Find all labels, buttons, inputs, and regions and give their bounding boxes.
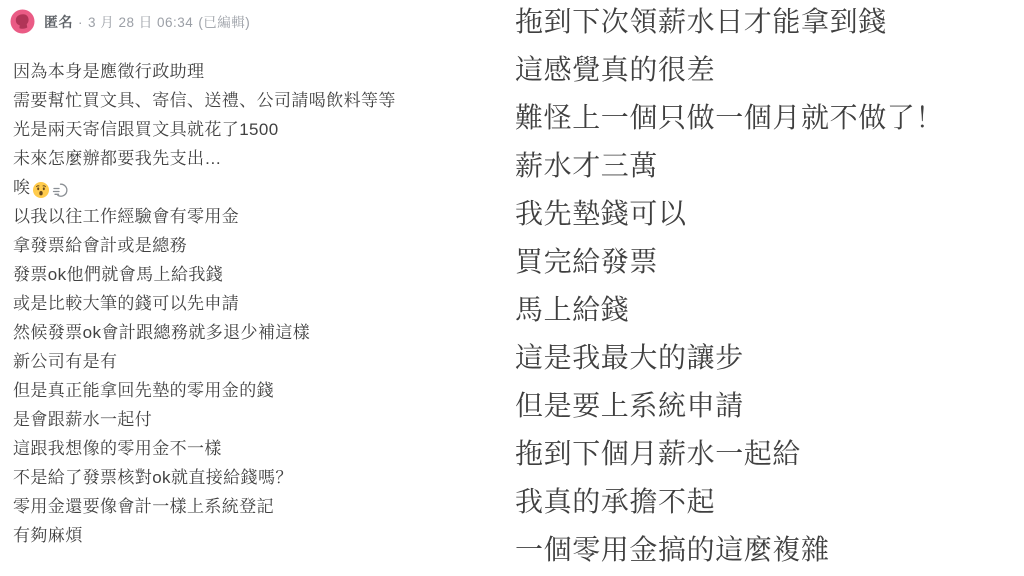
zoomed-line: 拖到下個月薪水一起給	[515, 430, 944, 478]
edited-badge: (已編輯)	[198, 11, 250, 31]
post-line: 以我以往工作經驗會有零用金	[13, 202, 396, 231]
post-line: 新公司有是有	[13, 347, 396, 376]
post-line-emoji: 唉	[13, 173, 396, 202]
zoomed-line: 馬上給錢	[515, 286, 944, 334]
zoomed-line: 這是我最大的讓步	[515, 334, 944, 382]
author-name: 匿名	[44, 12, 73, 32]
post-line-text: 唉	[13, 173, 30, 202]
zoomed-line: 一個零用金搞的這麼複雜	[515, 526, 944, 574]
post-line: 然候發票ok會計跟總務就多退少補這樣	[13, 318, 396, 347]
zoomed-line: 但是要上系統申請	[515, 382, 944, 430]
post-line: 需要幫忙買文具、寄信、送禮、公司請喝飲料等等	[13, 86, 396, 115]
post-line: 發票ok他們就會馬上給我錢	[13, 260, 396, 289]
zoomed-text-panel: 拖到下次領薪水日才能拿到錢 這感覺真的很差 難怪上一個只做一個月就不做了！ 薪水…	[515, 0, 944, 574]
post-line: 這跟我想像的零用金不一樣	[13, 434, 396, 463]
post-line: 不是給了發票核對ok就直接給錢嗎？	[13, 463, 396, 492]
exhale-puff-icon	[52, 179, 70, 197]
zoomed-line: 難怪上一個只做一個月就不做了！	[515, 94, 944, 142]
post-line: 有夠麻煩	[13, 521, 396, 550]
face-with-open-mouth-icon	[32, 179, 50, 197]
zoomed-line: 買完給發票	[515, 238, 944, 286]
zoomed-line: 我真的承擔不起	[515, 478, 944, 526]
zoomed-line: 這感覺真的很差	[515, 46, 944, 94]
post-meta: 匿名 · 3 月 28 日 06:34 (已編輯)	[44, 11, 250, 32]
post-line: 是會跟薪水一起付	[13, 405, 396, 434]
zoomed-line: 薪水才三萬	[515, 142, 944, 190]
meta-separator: ·	[78, 15, 83, 30]
post-line: 拿發票給會計或是總務	[13, 231, 396, 260]
post-body: 因為本身是應徵行政助理 需要幫忙買文具、寄信、送禮、公司請喝飲料等等 光是兩天寄…	[13, 57, 396, 550]
post-line: 光是兩天寄信跟買文具就花了1500	[13, 115, 396, 144]
post-line: 未來怎麼辦都要我先支出…	[13, 144, 396, 173]
zoomed-line: 我先墊錢可以	[515, 190, 944, 238]
post-line: 因為本身是應徵行政助理	[13, 57, 396, 86]
post-header: 匿名 · 3 月 28 日 06:34 (已編輯)	[10, 9, 250, 34]
post-line: 或是比較大筆的錢可以先申請	[13, 289, 396, 318]
zoomed-line: 拖到下次領薪水日才能拿到錢	[515, 0, 944, 46]
post-timestamp: 3 月 28 日 06:34	[88, 11, 193, 31]
post-line: 但是真正能拿回先墊的零用金的錢	[13, 376, 396, 405]
anonymous-avatar-icon	[10, 9, 35, 34]
post-line: 零用金還要像會計一樣上系統登記	[13, 492, 396, 521]
